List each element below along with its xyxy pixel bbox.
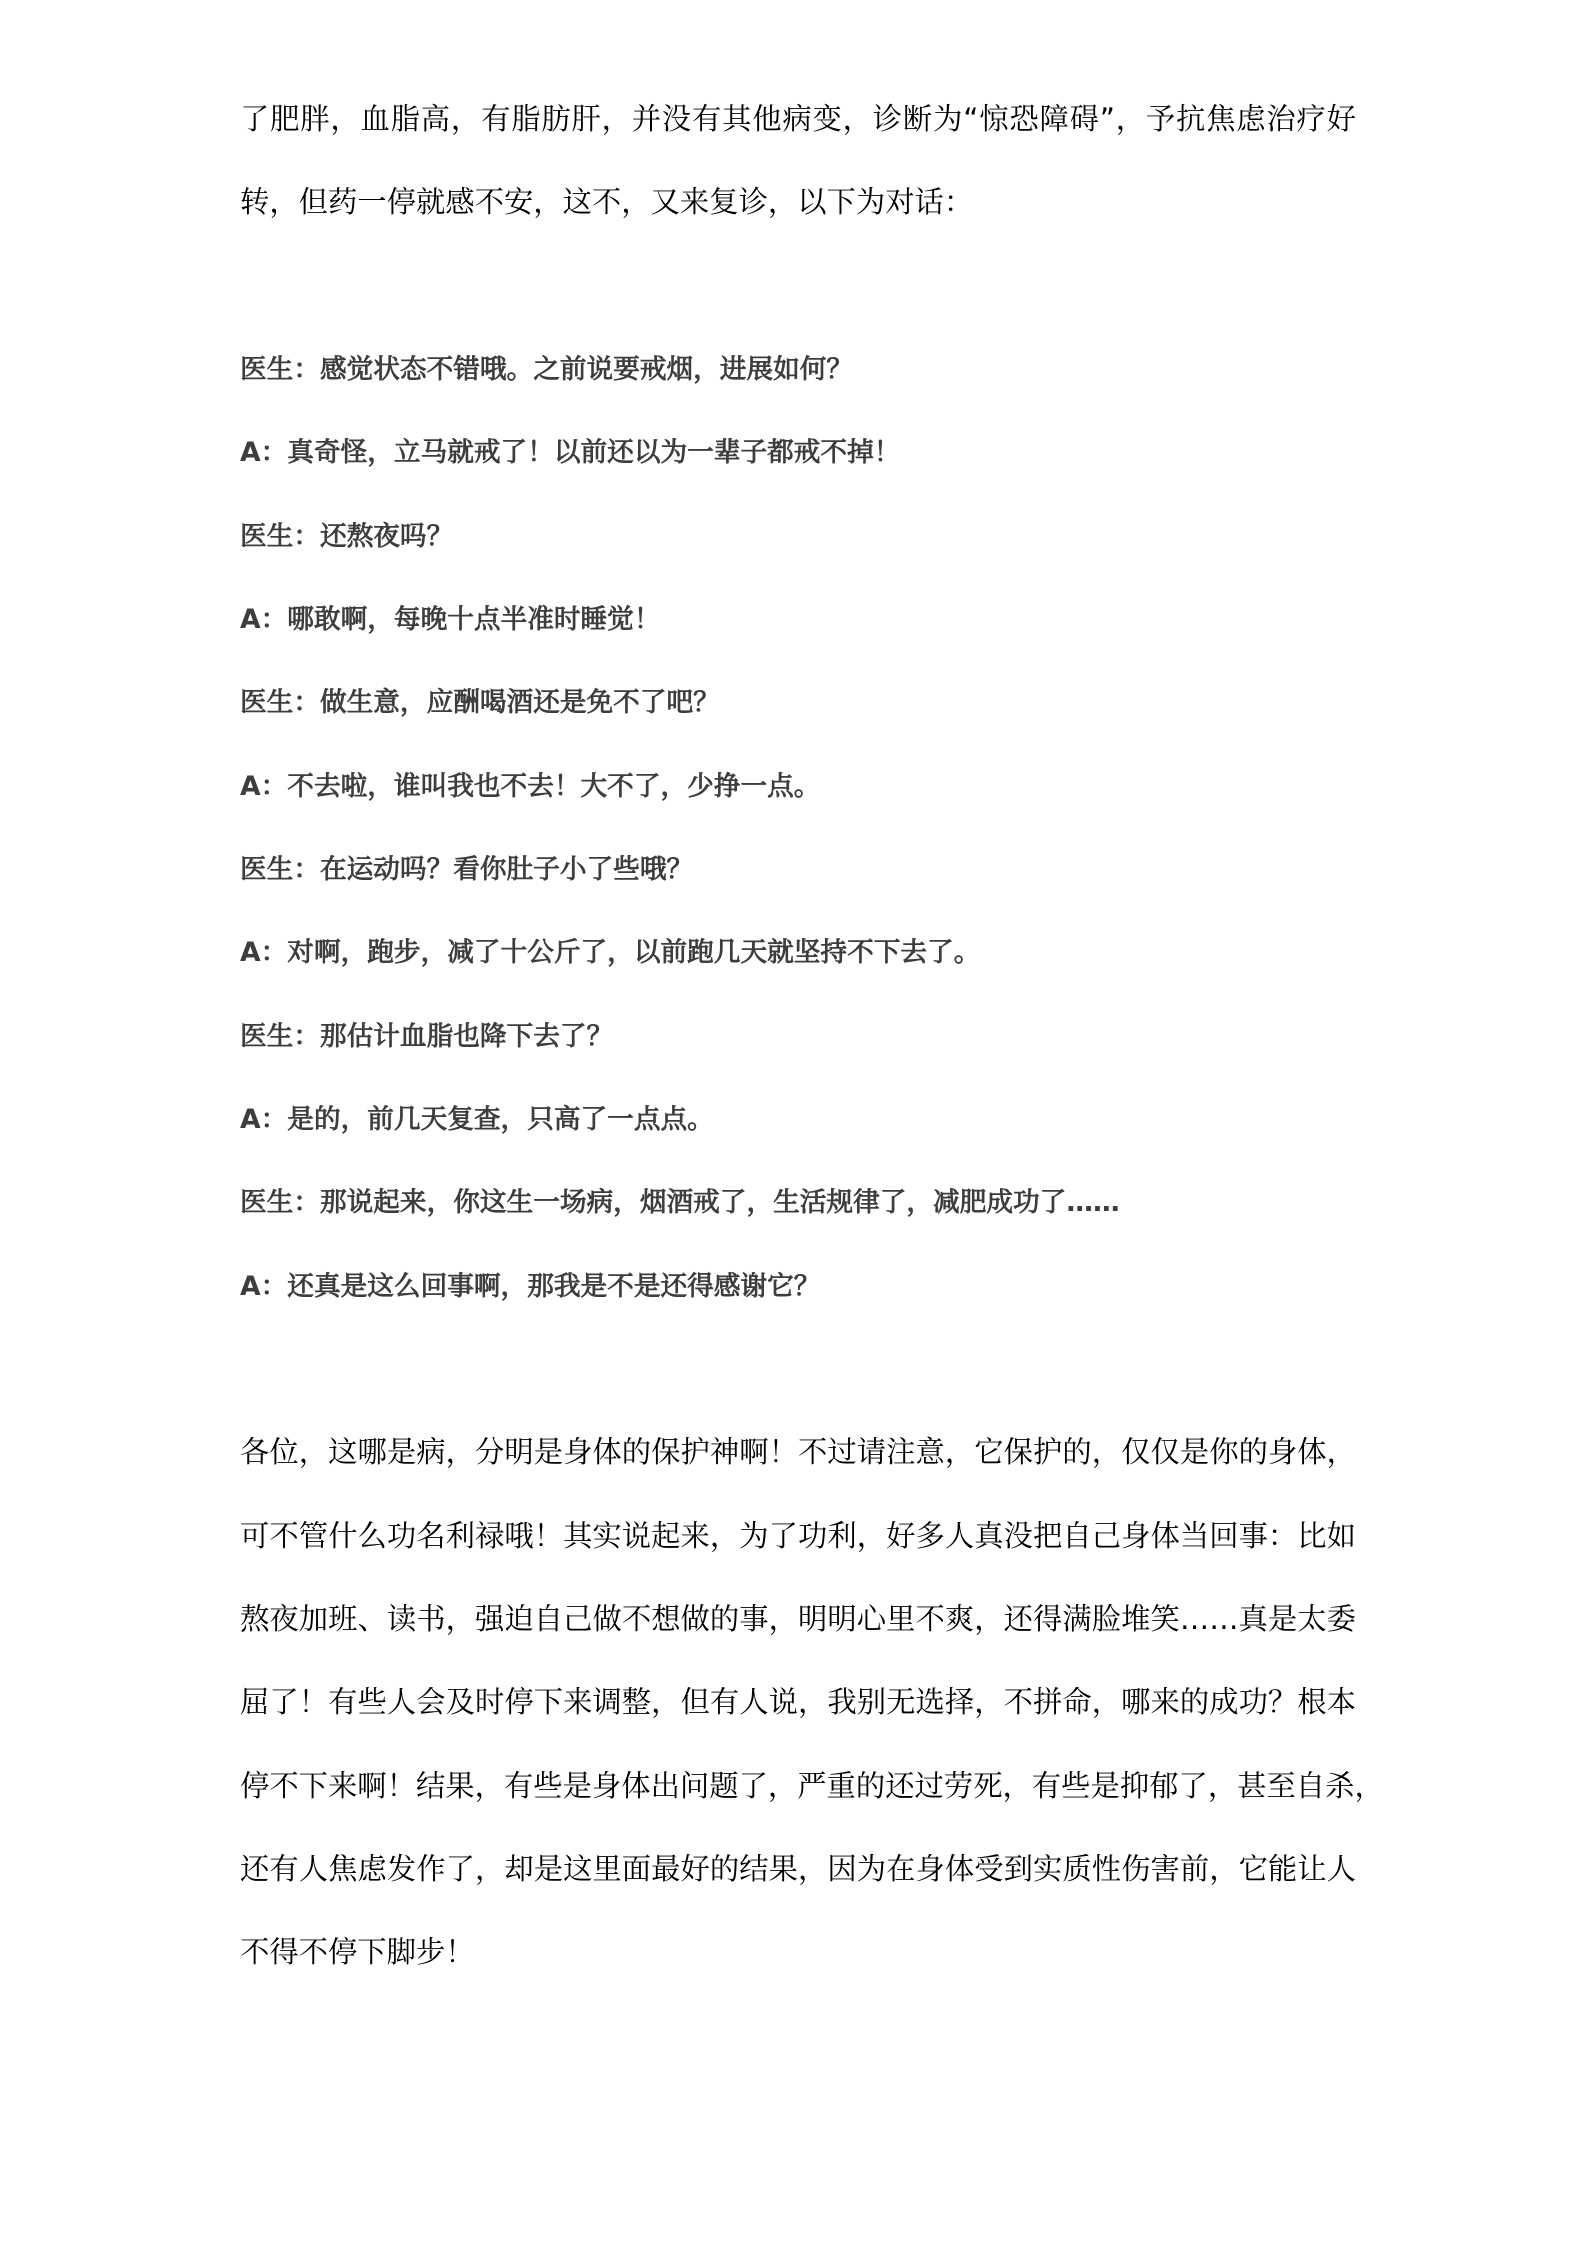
speaker: A	[240, 771, 261, 802]
utterance: 感觉状态不错哦。之前说要戒烟，进展如何？	[320, 354, 853, 385]
separator: ：	[293, 354, 320, 385]
dialogue-line: 医生：做生意，应酬喝酒还是免不了吧？	[240, 661, 1356, 744]
separator: ：	[293, 1021, 320, 1052]
blank-line	[240, 245, 1356, 328]
intro-line: 了肥胖，血脂高，有脂肪肝，并没有其他病变，诊断为“惊恐障碍”，予抗焦虑治疗好	[240, 78, 1356, 161]
utterance: 那说起来，你这生一场病，烟酒戒了，生活规律了，减肥成功了……	[320, 1187, 1120, 1218]
separator: ：	[293, 521, 320, 552]
speaker: A	[240, 1104, 261, 1135]
utterance: 还熬夜吗？	[320, 521, 453, 552]
closing-paragraph: 各位，这哪是病，分明是身体的保护神啊！不过请注意，它保护的，仅仅是你的身体， 可…	[240, 1411, 1356, 1994]
utterance: 在运动吗？看你肚子小了些哦？	[320, 854, 693, 885]
dialogue-line: A：对啊，跑步，减了十公斤了，以前跑几天就坚持不下去了。	[240, 911, 1356, 994]
utterance: 是的，前几天复查，只高了一点点。	[287, 1104, 714, 1135]
closing-line: 不得不停下脚步！	[240, 1911, 1356, 1994]
intro-paragraph: 了肥胖，血脂高，有脂肪肝，并没有其他病变，诊断为“惊恐障碍”，予抗焦虑治疗好 转…	[240, 78, 1356, 245]
utterance: 对啊，跑步，减了十公斤了，以前跑几天就坚持不下去了。	[287, 937, 980, 968]
dialogue-line: 医生：那估计血脂也降下去了？	[240, 995, 1356, 1078]
separator: ：	[261, 437, 288, 468]
speaker: A	[240, 437, 261, 468]
dialogue-line: 医生：感觉状态不错哦。之前说要戒烟，进展如何？	[240, 328, 1356, 411]
speaker: 医生	[240, 854, 293, 885]
separator: ：	[261, 1271, 288, 1302]
separator: ：	[261, 1104, 288, 1135]
separator: ：	[261, 604, 288, 635]
dialogue-line: A：还真是这么回事啊，那我是不是还得感谢它？	[240, 1245, 1356, 1328]
dialogue-line: A：真奇怪，立马就戒了！以前还以为一辈子都戒不掉！	[240, 411, 1356, 494]
separator: ：	[261, 771, 288, 802]
document-page: 了肥胖，血脂高，有脂肪肝，并没有其他病变，诊断为“惊恐障碍”，予抗焦虑治疗好 转…	[0, 0, 1587, 2245]
document-body: 了肥胖，血脂高，有脂肪肝，并没有其他病变，诊断为“惊恐障碍”，予抗焦虑治疗好 转…	[240, 78, 1356, 1995]
speaker: 医生	[240, 521, 293, 552]
blank-line	[240, 1328, 1356, 1411]
speaker: A	[240, 604, 261, 635]
dialogue-line: A：是的，前几天复查，只高了一点点。	[240, 1078, 1356, 1161]
dialogue-line: A：不去啦，谁叫我也不去！大不了，少挣一点。	[240, 745, 1356, 828]
closing-line: 可不管什么功名利禄哦！其实说起来，为了功利，好多人真没把自己身体当回事：比如	[240, 1495, 1356, 1578]
utterance: 那估计血脂也降下去了？	[320, 1021, 613, 1052]
intro-line: 转，但药一停就感不安，这不，又来复诊，以下为对话：	[240, 161, 1356, 244]
utterance: 还真是这么回事啊，那我是不是还得感谢它？	[287, 1271, 820, 1302]
dialogue-line: 医生：在运动吗？看你肚子小了些哦？	[240, 828, 1356, 911]
dialogue-line: 医生：那说起来，你这生一场病，烟酒戒了，生活规律了，减肥成功了……	[240, 1161, 1356, 1244]
utterance: 不去啦，谁叫我也不去！大不了，少挣一点。	[287, 771, 820, 802]
closing-line: 屈了！有些人会及时停下来调整，但有人说，我别无选择，不拼命，哪来的成功？根本	[240, 1661, 1356, 1744]
closing-line: 熬夜加班、读书，强迫自己做不想做的事，明明心里不爽，还得满脸堆笑……真是太委	[240, 1578, 1356, 1661]
separator: ：	[293, 1187, 320, 1218]
closing-line: 还有人焦虑发作了，却是这里面最好的结果，因为在身体受到实质性伤害前，它能让人	[240, 1828, 1356, 1911]
dialogue-line: 医生：还熬夜吗？	[240, 495, 1356, 578]
speaker: A	[240, 1271, 261, 1302]
utterance: 哪敢啊，每晚十点半准时睡觉！	[287, 604, 660, 635]
separator: ：	[293, 854, 320, 885]
speaker: 医生	[240, 354, 293, 385]
speaker: 医生	[240, 687, 293, 718]
utterance: 做生意，应酬喝酒还是免不了吧？	[320, 687, 720, 718]
speaker: A	[240, 937, 261, 968]
closing-line: 停不下来啊！结果，有些是身体出问题了，严重的还过劳死，有些是抑郁了，甚至自杀，	[240, 1745, 1356, 1828]
dialogue-line: A：哪敢啊，每晚十点半准时睡觉！	[240, 578, 1356, 661]
speaker: 医生	[240, 1187, 293, 1218]
separator: ：	[261, 937, 288, 968]
utterance: 真奇怪，立马就戒了！以前还以为一辈子都戒不掉！	[287, 437, 900, 468]
speaker: 医生	[240, 1021, 293, 1052]
separator: ：	[293, 687, 320, 718]
closing-line: 各位，这哪是病，分明是身体的保护神啊！不过请注意，它保护的，仅仅是你的身体，	[240, 1411, 1356, 1494]
dialogue-block: 医生：感觉状态不错哦。之前说要戒烟，进展如何？ A：真奇怪，立马就戒了！以前还以…	[240, 328, 1356, 1328]
